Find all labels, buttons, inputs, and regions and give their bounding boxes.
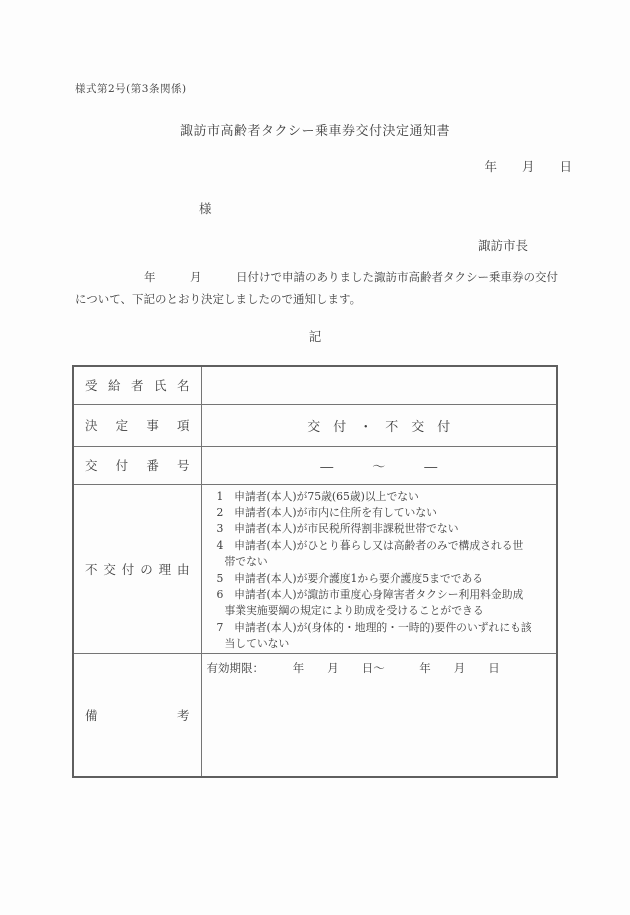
non-grant-reasons-list: 1 申請者(本人)が75歳(65歳)以上でない2 申請者(本人)が市内に住所を有… xyxy=(202,489,553,653)
reason-item: 5 申請者(本人)が要介護度1から要介護度5までである xyxy=(202,571,553,587)
table-row-non-grant-reasons: 不交付の理由 1 申請者(本人)が75歳(65歳)以上でない2 申請者(本人)が… xyxy=(73,484,557,653)
reason-item: 2 申請者(本人)が市内に住所を有していない xyxy=(202,505,553,521)
form-number-label: 様式第2号(第3条関係) xyxy=(75,81,187,96)
issue-date-line: 年 月 日 xyxy=(484,157,572,175)
sender-mayor-line: 諏訪市長 xyxy=(478,236,528,254)
remarks-cell: 有効期限： 年 月 日～ 年 月 日 xyxy=(201,653,557,777)
body-line-2: について、下記のとおり決定しましたので通知します。 xyxy=(75,288,558,310)
grant-number-value: ― ～ ― xyxy=(201,446,557,484)
decision-table: 受給者氏名 決定事項 交 付 ・ 不 交 付 交付番号 ― ～ ― 不交付の理由… xyxy=(72,365,558,778)
decision-item-value: 交 付 ・ 不 交 付 xyxy=(201,404,557,446)
recipient-name-value-cell xyxy=(201,366,557,404)
reason-item: 6 申請者(本人)が諏訪市重度心身障害者タクシー利用料金助成 事業実施要綱の規定… xyxy=(202,587,553,620)
recipient-name-label: 受給者氏名 xyxy=(73,366,201,404)
decision-item-label: 決定事項 xyxy=(73,404,201,446)
table-row-recipient-name: 受給者氏名 xyxy=(73,366,557,404)
body-line-1: 年 月 日付けで申請のありました諏訪市高齢者タクシー乗車券の交付 xyxy=(75,266,558,288)
non-grant-reasons-label: 不交付の理由 xyxy=(73,484,201,653)
validity-period-line: 有効期限： 年 月 日～ 年 月 日 xyxy=(207,660,553,676)
non-grant-reasons-cell: 1 申請者(本人)が75歳(65歳)以上でない2 申請者(本人)が市内に住所を有… xyxy=(201,484,557,653)
reason-item: 7 申請者(本人)が(身体的・地理的・一時的)要件のいずれにも該 当していない xyxy=(202,620,553,653)
grant-number-label: 交付番号 xyxy=(73,446,201,484)
record-mark: 記 xyxy=(0,327,630,345)
table-row-grant-number: 交付番号 ― ～ ― xyxy=(73,446,557,484)
remarks-label: 備考 xyxy=(73,653,201,777)
document-page: 様式第2号(第3条関係) 諏訪市高齢者タクシー乗車券交付決定通知書 年 月 日 … xyxy=(0,0,630,915)
addressee-honorific: 様 xyxy=(199,199,212,217)
table-row-decision: 決定事項 交 付 ・ 不 交 付 xyxy=(73,404,557,446)
reason-item: 1 申請者(本人)が75歳(65歳)以上でない xyxy=(202,489,553,505)
table-row-remarks: 備考 有効期限： 年 月 日～ 年 月 日 xyxy=(73,653,557,777)
document-title: 諏訪市高齢者タクシー乗車券交付決定通知書 xyxy=(0,120,630,139)
reason-item: 4 申請者(本人)がひとり暮らし又は高齢者のみで構成される世 帯でない xyxy=(202,538,553,571)
reason-item: 3 申請者(本人)が市民税所得割非課税世帯でない xyxy=(202,521,553,537)
body-paragraph: 年 月 日付けで申請のありました諏訪市高齢者タクシー乗車券の交付 について、下記… xyxy=(75,266,558,310)
